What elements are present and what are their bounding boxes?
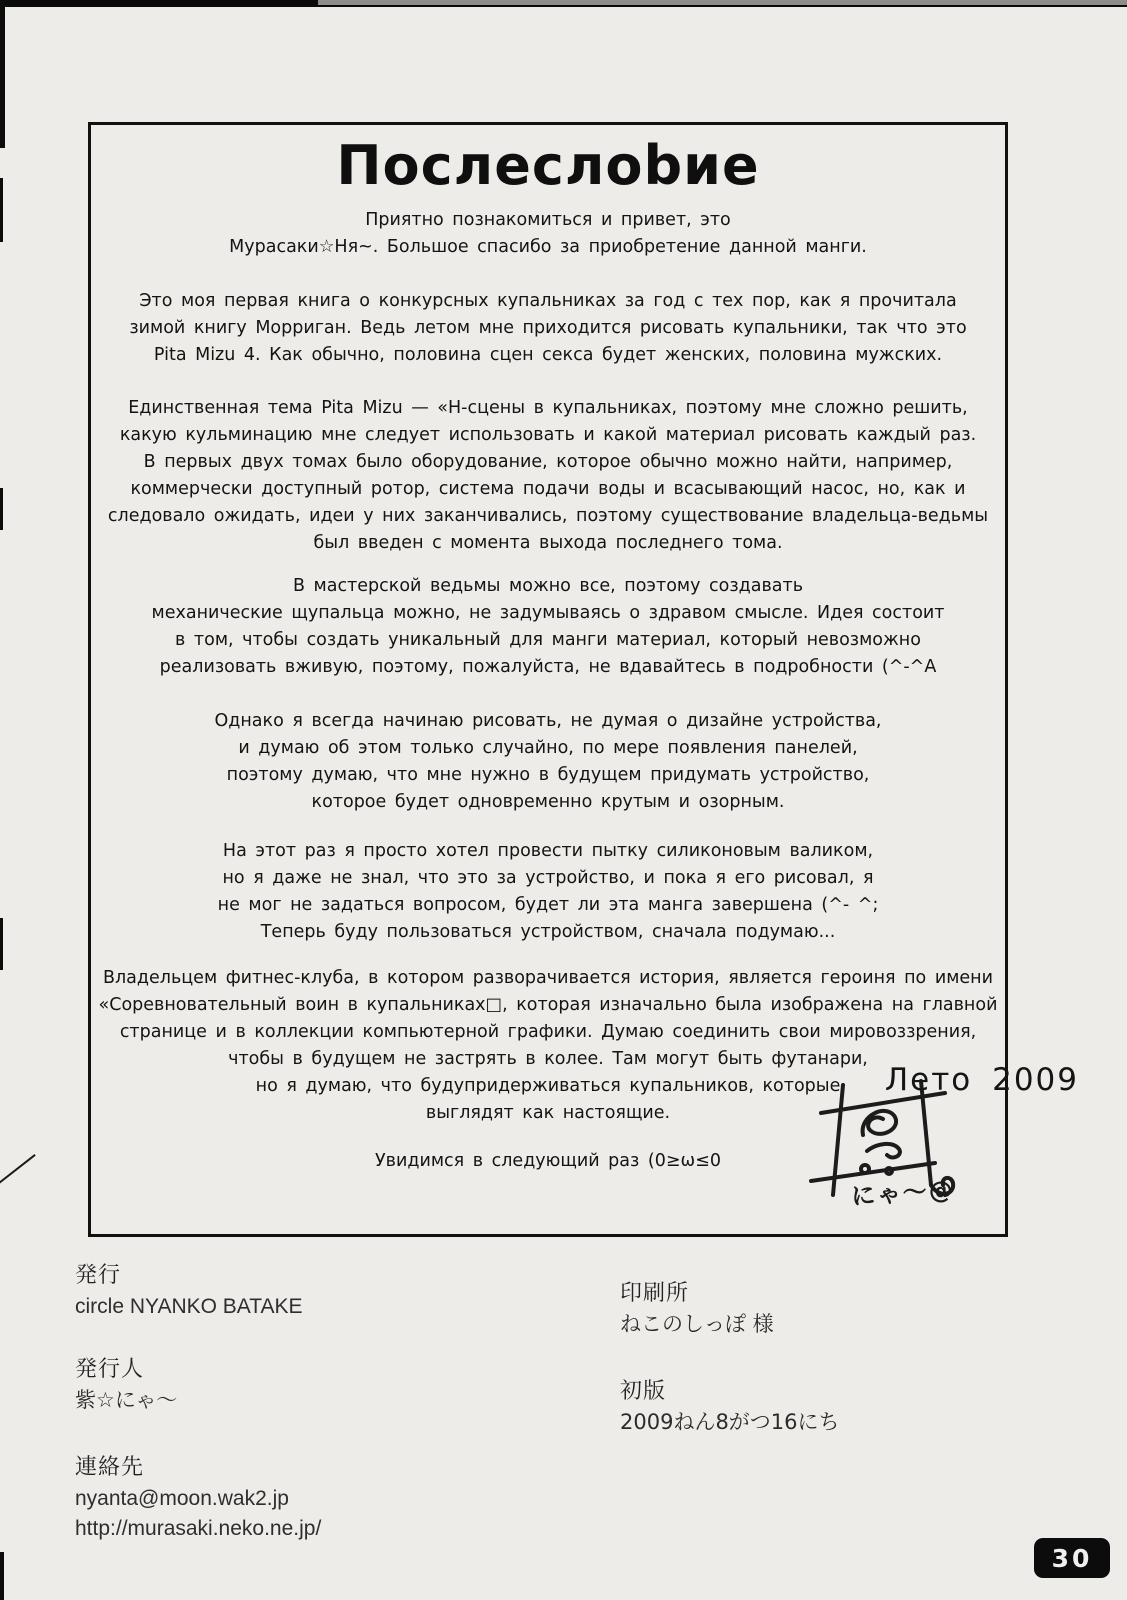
scanned-afterword-page: Послеслоbие Приятно познакомиться и прив… [0, 0, 1127, 1600]
issuer-label: 発行人 [75, 1356, 321, 1384]
printer-label: 印刷所 [620, 1280, 840, 1308]
contact-label: 連絡先 [75, 1454, 321, 1482]
printer-value: ねこのしっぽ 様 [620, 1310, 840, 1338]
edition-value: 2009ねん8がつ16にち [620, 1408, 840, 1436]
contact-url: http://murasaki.neko.ne.jp/ [75, 1514, 321, 1544]
colophon-left-column: 発行 circle NYANKO BATAKE 発行人 紫☆にゃ〜 連絡先 ny… [75, 1262, 321, 1544]
contact-email: nyanta@moon.wak2.jp [75, 1484, 321, 1514]
page-number-badge: 30 [1034, 1538, 1110, 1578]
edition-label: 初版 [620, 1378, 840, 1406]
publisher-label: 発行 [75, 1262, 321, 1290]
issuer-value: 紫☆にゃ〜 [75, 1386, 321, 1414]
colophon: 発行 circle NYANKO BATAKE 発行人 紫☆にゃ〜 連絡先 ny… [0, 0, 1127, 1600]
page-number: 30 [1052, 1544, 1093, 1573]
colophon-right-column: 印刷所 ねこのしっぽ 様 初版 2009ねん8がつ16にち [620, 1280, 840, 1436]
publisher-value: circle NYANKO BATAKE [75, 1292, 321, 1322]
